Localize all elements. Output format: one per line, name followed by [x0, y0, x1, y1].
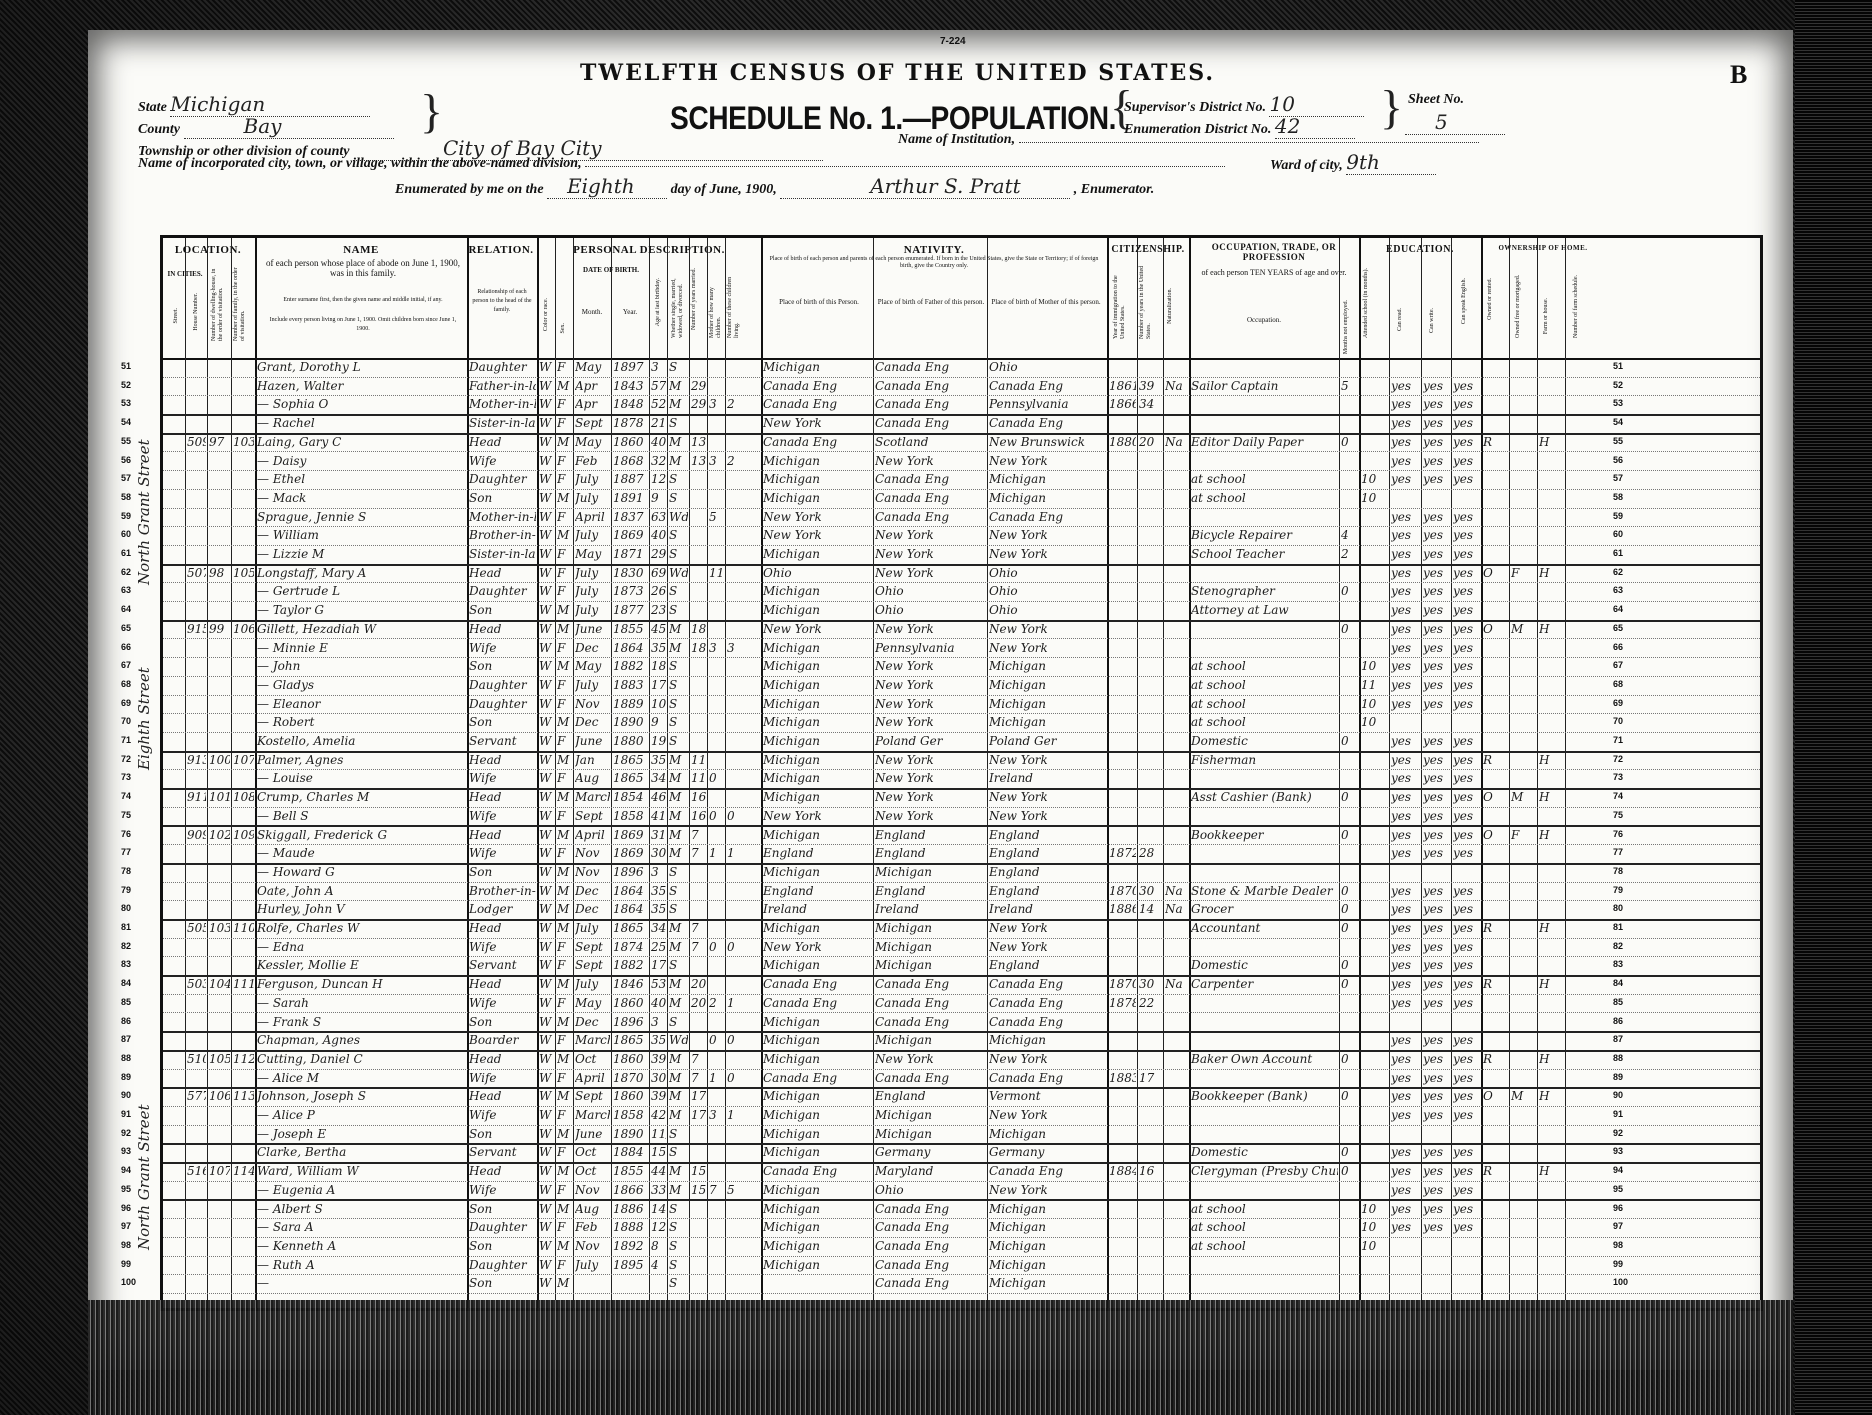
cell-yus: 34 [1139, 395, 1162, 413]
line-number: 54 [121, 417, 131, 427]
cell-bf: New York [875, 713, 986, 731]
cell-imm [1109, 1274, 1136, 1292]
cell-rel: Son [469, 863, 536, 881]
cell-mc: 0 [709, 938, 724, 956]
cell-fam: 114 [233, 1162, 254, 1180]
cell-bf: Germany [875, 1143, 986, 1161]
cell-imm: 1866 [1109, 395, 1136, 413]
cell-mar: M [669, 751, 688, 769]
header-relation: RELATION. [467, 244, 535, 256]
cell-dw [209, 713, 230, 731]
cell-ym [691, 601, 706, 619]
cell-rel: Daughter [469, 582, 536, 600]
cell-age: 8 [651, 1237, 666, 1255]
cell-name: Laing, Gary C [257, 433, 466, 451]
cell-bp: Michigan [763, 601, 872, 619]
cell-bf: Ohio [875, 601, 986, 619]
table-header: LOCATION. IN CITIES. Street. House Numbe… [163, 238, 1760, 360]
cell-sex: F [557, 508, 572, 526]
cell-fam [233, 377, 254, 395]
cell-eng: yes [1453, 882, 1480, 900]
cell-write: yes [1423, 526, 1450, 544]
line-number-right: 66 [1613, 642, 1623, 652]
cell-fam [233, 676, 254, 694]
cell-mar: S [669, 1125, 688, 1143]
cell-bp: Michigan [763, 769, 872, 787]
cell-eng: yes [1453, 620, 1480, 638]
cell-read: yes [1391, 788, 1420, 806]
cell-sch [1361, 788, 1388, 806]
cell-year [613, 1274, 648, 1292]
cell-write: yes [1423, 1200, 1450, 1218]
cell-own [1483, 1200, 1508, 1218]
line-number-right: 70 [1613, 716, 1623, 726]
table-row: — RobertSonWMDec18909SMichiganNew YorkMi… [163, 713, 1760, 733]
cell-imm [1109, 807, 1136, 825]
cell-eng: yes [1453, 695, 1480, 713]
cell-bp [763, 1274, 872, 1292]
cell-read: yes [1391, 826, 1420, 844]
cell-house [187, 713, 206, 731]
cell-mc: 1 [709, 1069, 724, 1087]
header-relation-desc: Relationship of each person to the head … [469, 288, 535, 315]
cell-house [187, 769, 206, 787]
cell-write: yes [1423, 751, 1450, 769]
cell-fam [233, 1274, 254, 1292]
cell-ym: 15 [691, 1162, 706, 1180]
cell-fh [1539, 526, 1564, 544]
cell-fh [1539, 377, 1564, 395]
cell-own [1483, 395, 1508, 413]
cell-sex: M [557, 1050, 572, 1068]
cell-fh [1539, 657, 1564, 675]
cell-sex: M [557, 751, 572, 769]
cell-eng [1453, 1274, 1480, 1292]
cell-sex: M [557, 620, 572, 638]
cell-sex: M [557, 1200, 572, 1218]
cell-read: yes [1391, 582, 1420, 600]
cell-fh [1539, 1106, 1564, 1124]
cell-fam [233, 882, 254, 900]
cell-fam [233, 1143, 254, 1161]
cell-dw [209, 882, 230, 900]
cell-sch [1361, 956, 1388, 974]
cell-eng: yes [1453, 452, 1480, 470]
cell-dw [209, 1218, 230, 1236]
cell-month: Sept [575, 1087, 610, 1105]
cell-mar: S [669, 489, 688, 507]
cell-sex: M [557, 919, 572, 937]
cell-write: yes [1423, 1087, 1450, 1105]
cell-eng [1453, 1256, 1480, 1274]
cell-ym: 20 [691, 975, 706, 993]
line-number-right: 62 [1613, 567, 1623, 577]
cell-eng: yes [1453, 1050, 1480, 1068]
cell-occ [1191, 1106, 1338, 1124]
cell-yus [1139, 938, 1162, 956]
table-row: — Gertrude LDaughterWFJuly187326SMichiga… [163, 582, 1760, 602]
cell-bm: England [989, 844, 1106, 862]
cell-name: Grant, Dorothy L [257, 358, 466, 376]
cell-write: yes [1423, 433, 1450, 451]
cell-yus: 14 [1139, 900, 1162, 918]
cell-month: March [575, 788, 610, 806]
line-number: 64 [121, 604, 131, 614]
line-number: 94 [121, 1165, 131, 1175]
cell-imm [1109, 601, 1136, 619]
line-number-right: 60 [1613, 529, 1623, 539]
cell-house [187, 657, 206, 675]
cell-nat [1165, 807, 1188, 825]
cell-rel: Brother-in-law [469, 526, 536, 544]
cell-dw: 101 [209, 788, 230, 806]
cell-own [1483, 545, 1508, 563]
cell-sex: M [557, 377, 572, 395]
cell-eng [1453, 358, 1480, 376]
table-row: 510105112Cutting, Daniel CHeadWMOct18603… [163, 1050, 1760, 1070]
cell-cl [727, 676, 760, 694]
cell-age [651, 1274, 666, 1292]
line-number-right: 54 [1613, 417, 1623, 427]
cell-sch: 10 [1361, 713, 1388, 731]
cell-bm: Ireland [989, 769, 1106, 787]
cell-fh [1539, 938, 1564, 956]
cell-sch [1361, 1013, 1388, 1031]
header-owned-rented: Owned or rented. [1487, 278, 1494, 320]
cell-mar: M [669, 1162, 688, 1180]
cell-fam [233, 695, 254, 713]
cell-fam [233, 1181, 254, 1199]
table-row: 503104111Ferguson, Duncan HHeadWMJuly184… [163, 975, 1760, 995]
cell-fam [233, 1218, 254, 1236]
cell-mar: S [669, 1256, 688, 1274]
cell-nat [1165, 452, 1188, 470]
cell-color: W [539, 620, 554, 638]
cell-bm: New York [989, 788, 1106, 806]
cell-cl [727, 545, 760, 563]
cell-bp: New York [763, 620, 872, 638]
cell-name: — Gladys [257, 676, 466, 694]
cell-ym [691, 358, 706, 376]
cell-yus [1139, 1143, 1162, 1161]
cell-sch [1361, 526, 1388, 544]
cell-name: — Sarah [257, 994, 466, 1012]
cell-sch [1361, 452, 1388, 470]
cell-imm [1109, 489, 1136, 507]
cell-yus [1139, 639, 1162, 657]
cell-imm [1109, 788, 1136, 806]
cell-year: 1854 [613, 788, 648, 806]
cell-name: — Gertrude L [257, 582, 466, 600]
cell-bm: Michigan [989, 1200, 1106, 1218]
line-number-right: 87 [1613, 1034, 1623, 1044]
cell-color: W [539, 433, 554, 451]
cell-bm: New York [989, 545, 1106, 563]
cell-age: 34 [651, 769, 666, 787]
header-age: Age at last birthday. [655, 278, 662, 326]
cell-sex: F [557, 732, 572, 750]
cell-year: 1866 [613, 1181, 648, 1199]
cell-ym [691, 489, 706, 507]
header-month: Month. [573, 308, 611, 317]
cell-own [1483, 639, 1508, 657]
cell-bf: New York [875, 695, 986, 713]
cell-yus [1139, 452, 1162, 470]
line-number: 82 [121, 941, 131, 951]
cell-nat [1165, 1256, 1188, 1274]
cell-mar: S [669, 1013, 688, 1031]
table-row: 911101108Crump, Charles MHeadWMMarch1854… [163, 788, 1760, 808]
cell-year: 1843 [613, 377, 648, 395]
cell-write [1423, 713, 1450, 731]
cell-bf: Canada Eng [875, 358, 986, 376]
cell-own [1483, 452, 1508, 470]
cell-rel: Daughter [469, 358, 536, 376]
line-number-right: 79 [1613, 885, 1623, 895]
cell-mar: M [669, 919, 688, 937]
cell-read: yes [1391, 956, 1420, 974]
line-number-right: 61 [1613, 548, 1623, 558]
cell-write: yes [1423, 620, 1450, 638]
table-row: Hazen, WalterFather-in-lawWMApr184357M29… [163, 377, 1760, 397]
cell-mar: S [669, 956, 688, 974]
cell-ym [691, 863, 706, 881]
cell-name: — Sara A [257, 1218, 466, 1236]
cell-age: 23 [651, 601, 666, 619]
cell-bm: Michigan [989, 1274, 1106, 1292]
cell-bm: Michigan [989, 1237, 1106, 1255]
cell-age: 21 [651, 414, 666, 432]
cell-bf: Canada Eng [875, 395, 986, 413]
cell-mar: S [669, 545, 688, 563]
cell-ym: 13 [691, 452, 706, 470]
cell-bp: Canada Eng [763, 1162, 872, 1180]
cell-nat [1165, 1274, 1188, 1292]
line-number-right: 74 [1613, 791, 1623, 801]
cell-eng [1453, 489, 1480, 507]
cell-dw [209, 938, 230, 956]
cell-bf: Ohio [875, 582, 986, 600]
cell-yus [1139, 676, 1162, 694]
cell-write: yes [1423, 1069, 1450, 1087]
cell-cl [727, 358, 760, 376]
cell-mc [709, 358, 724, 376]
cell-name: — Kenneth A [257, 1237, 466, 1255]
cell-eng: yes [1453, 395, 1480, 413]
cell-unemp [1341, 938, 1358, 956]
cell-own [1483, 582, 1508, 600]
cell-mort [1511, 994, 1536, 1012]
cell-sch [1361, 639, 1388, 657]
cell-mort [1511, 1181, 1536, 1199]
cell-fh [1539, 1069, 1564, 1087]
cell-mar: S [669, 1200, 688, 1218]
cell-name: — Frank S [257, 1013, 466, 1031]
cell-nat [1165, 826, 1188, 844]
cell-bf: Michigan [875, 863, 986, 881]
cell-color: W [539, 769, 554, 787]
cell-dw: 103 [209, 919, 230, 937]
cell-bm: Ohio [989, 358, 1106, 376]
cell-fh [1539, 994, 1564, 1012]
cell-color: W [539, 732, 554, 750]
cell-read [1391, 1237, 1420, 1255]
cell-sex: F [557, 414, 572, 432]
cell-age: 35 [651, 1031, 666, 1049]
cell-own: O [1483, 788, 1508, 806]
cell-mar: M [669, 826, 688, 844]
cell-color: W [539, 751, 554, 769]
cell-occ: Bookkeeper [1191, 826, 1338, 844]
cell-mc [709, 1050, 724, 1068]
cell-name: Hazen, Walter [257, 377, 466, 395]
cell-read: yes [1391, 1200, 1420, 1218]
cell-imm [1109, 1050, 1136, 1068]
cell-eng: yes [1453, 1218, 1480, 1236]
cell-dw [209, 582, 230, 600]
cell-bm: New York [989, 1106, 1106, 1124]
line-number-right: 93 [1613, 1146, 1623, 1156]
cell-rel: Daughter [469, 676, 536, 694]
cell-imm [1109, 526, 1136, 544]
cell-bm: Canada Eng [989, 1162, 1106, 1180]
cell-write: yes [1423, 1050, 1450, 1068]
cell-read: yes [1391, 508, 1420, 526]
cell-house [187, 395, 206, 413]
cell-unemp [1341, 1218, 1358, 1236]
cell-sex: M [557, 788, 572, 806]
cell-read: yes [1391, 844, 1420, 862]
cell-sch [1361, 1143, 1388, 1161]
header-farm-house: Farm or house. [1543, 298, 1550, 334]
cell-unemp: 0 [1341, 1050, 1358, 1068]
cell-ym [691, 582, 706, 600]
cell-fam [233, 414, 254, 432]
cell-bf: Maryland [875, 1162, 986, 1180]
cell-sch [1361, 863, 1388, 881]
cell-name: Gillett, Hezadiah W [257, 620, 466, 638]
cell-cl: 2 [727, 395, 760, 413]
cell-own: R [1483, 1050, 1508, 1068]
cell-bf: Canada Eng [875, 975, 986, 993]
cell-unemp [1341, 1125, 1358, 1143]
cell-mar: S [669, 695, 688, 713]
cell-mort [1511, 938, 1536, 956]
brace-left: } [420, 88, 443, 136]
cell-month: Apr [575, 395, 610, 413]
cell-bm: England [989, 863, 1106, 881]
cell-bp: Ireland [763, 900, 872, 918]
cell-own [1483, 713, 1508, 731]
line-number: 86 [121, 1016, 131, 1026]
cell-sex: F [557, 1031, 572, 1049]
cell-month: Apr [575, 377, 610, 395]
cell-sch [1361, 414, 1388, 432]
cell-rel: Servant [469, 1143, 536, 1161]
cell-name: — Daisy [257, 452, 466, 470]
cell-unemp: 0 [1341, 975, 1358, 993]
cell-rel: Wife [469, 639, 536, 657]
cell-mort [1511, 1143, 1536, 1161]
cell-house [187, 582, 206, 600]
cell-write: yes [1423, 657, 1450, 675]
cell-occ: Editor Daily Paper [1191, 433, 1338, 451]
cell-write: yes [1423, 994, 1450, 1012]
cell-ym [691, 1200, 706, 1218]
cell-rel: Daughter [469, 470, 536, 488]
cell-mort [1511, 956, 1536, 974]
table-row: 516107114Ward, William WHeadWMOct185544M… [163, 1162, 1760, 1182]
cell-mc [709, 882, 724, 900]
cell-own [1483, 377, 1508, 395]
cell-bm: England [989, 826, 1106, 844]
cell-write: yes [1423, 788, 1450, 806]
cell-mort [1511, 863, 1536, 881]
line-number: 63 [121, 585, 131, 595]
cell-year: 1855 [613, 620, 648, 638]
cell-cl [727, 470, 760, 488]
cell-rel: Son [469, 713, 536, 731]
cell-mc: 7 [709, 1181, 724, 1199]
cell-name: — Bell S [257, 807, 466, 825]
cell-dw [209, 1200, 230, 1218]
cell-name: Rolfe, Charles W [257, 919, 466, 937]
cell-mar: S [669, 414, 688, 432]
cell-mort [1511, 1274, 1536, 1292]
cell-mc: 3 [709, 452, 724, 470]
cell-imm [1109, 620, 1136, 638]
cell-month: Dec [575, 639, 610, 657]
cell-color: W [539, 956, 554, 974]
line-number-right: 56 [1613, 455, 1623, 465]
cell-bp: Michigan [763, 751, 872, 769]
cell-own: R [1483, 751, 1508, 769]
cell-mc [709, 582, 724, 600]
cell-mort [1511, 545, 1536, 563]
cell-eng: yes [1453, 676, 1480, 694]
cell-year: 1865 [613, 919, 648, 937]
cell-nat [1165, 695, 1188, 713]
cell-bp: Michigan [763, 1031, 872, 1049]
cell-month: April [575, 1069, 610, 1087]
cell-yus: 39 [1139, 377, 1162, 395]
cell-mar: Wd [669, 1031, 688, 1049]
cell-eng: yes [1453, 994, 1480, 1012]
enumeration-field: Enumeration District No. 42 [1124, 114, 1355, 139]
cell-nat [1165, 620, 1188, 638]
cell-house: 516 [187, 1162, 206, 1180]
header-education: EDUCATION. [1359, 244, 1481, 255]
cell-month: Nov [575, 1237, 610, 1255]
cell-age: 30 [651, 844, 666, 862]
cell-read [1391, 489, 1420, 507]
cell-imm: 1880 [1109, 433, 1136, 451]
cell-write: yes [1423, 1031, 1450, 1049]
cell-mort [1511, 433, 1536, 451]
cell-dw [209, 807, 230, 825]
cell-yus [1139, 751, 1162, 769]
cell-read: yes [1391, 601, 1420, 619]
cell-mort [1511, 1162, 1536, 1180]
cell-bf: England [875, 1087, 986, 1105]
cell-bp: Michigan [763, 956, 872, 974]
cell-cl: 0 [727, 807, 760, 825]
cell-sch: 10 [1361, 1218, 1388, 1236]
cell-sch [1361, 1106, 1388, 1124]
header-location: LOCATION. [163, 244, 253, 256]
cell-imm [1109, 695, 1136, 713]
header-occupation: Occupation. [1189, 316, 1339, 325]
